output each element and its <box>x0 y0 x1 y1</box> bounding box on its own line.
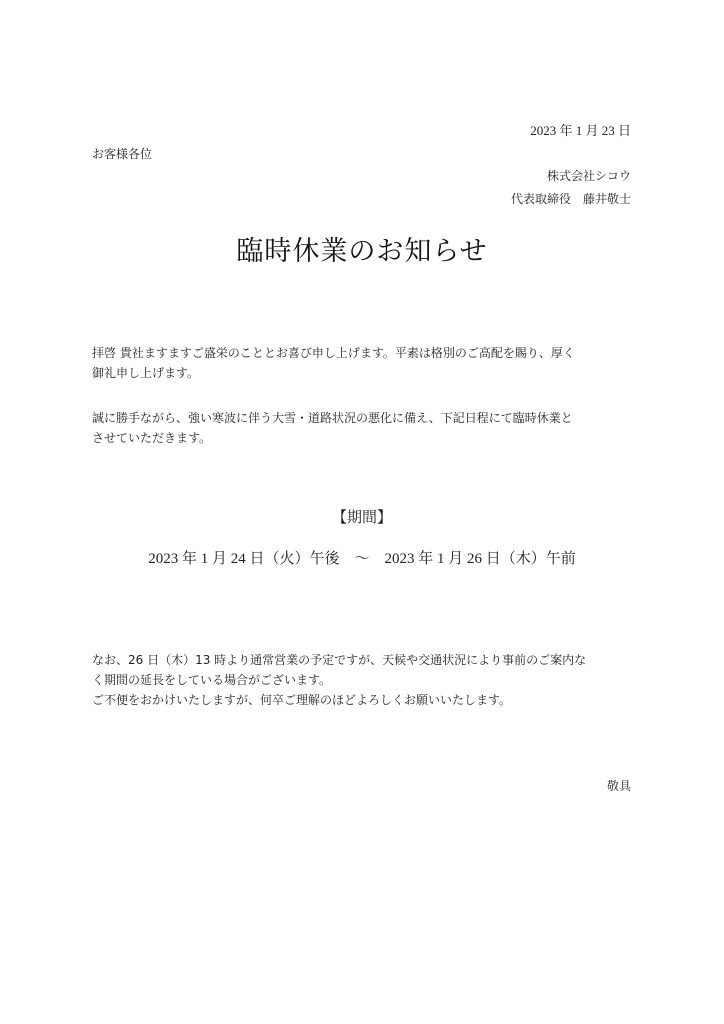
document-page: 2023 年 1 月 23 日 お客様各位 株式会社シコウ 代表取締役 藤井敬士… <box>0 0 724 1024</box>
period-start: 2023 年 1 月 24 日（火）午後 <box>148 551 339 567</box>
period-end: 2023 年 1 月 26 日（木）午前 <box>385 551 576 567</box>
document-title: 臨時休業のお知らせ <box>0 232 724 272</box>
notice-line-2: させていただきます。 <box>92 428 637 448</box>
period-label: 【期間】 <box>0 506 724 528</box>
greeting-paragraph: 拝啓 貴社ますますご盛栄のこととお喜び申し上げます。平素は格別のご高配を賜り、厚… <box>92 343 637 383</box>
period-separator: ～ <box>339 551 384 567</box>
sender-representative: 代表取締役 藤井敬士 <box>511 191 631 207</box>
sender-company: 株式会社シコウ <box>547 168 631 184</box>
closing-remark: 敬具 <box>607 778 631 794</box>
notice-paragraph: 誠に勝手ながら、強い寒波に伴う大雪・道路状況の悪化に備え、下記日程にて臨時休業と… <box>92 408 637 448</box>
notice-line-1: 誠に勝手ながら、強い寒波に伴う大雪・道路状況の悪化に備え、下記日程にて臨時休業と <box>92 408 637 428</box>
greeting-line-2: 御礼申し上げます。 <box>92 363 637 383</box>
note-line-3: ご不便をおかけいたしますが、何卒ご理解のほどよろしくお願いいたします。 <box>92 690 637 710</box>
document-date: 2023 年 1 月 23 日 <box>530 123 631 139</box>
note-line-1: なお、26 日（木）13 時より通常営業の予定ですが、天候や交通状況により事前の… <box>92 650 637 670</box>
recipient: お客様各位 <box>92 146 152 162</box>
note-paragraph: なお、26 日（木）13 時より通常営業の予定ですが、天候や交通状況により事前の… <box>92 650 637 710</box>
note-line-2: く期間の延長をしている場合がございます。 <box>92 670 637 690</box>
period-range: 2023 年 1 月 24 日（火）午後 ～ 2023 年 1 月 26 日（木… <box>0 548 724 570</box>
greeting-line-1: 拝啓 貴社ますますご盛栄のこととお喜び申し上げます。平素は格別のご高配を賜り、厚… <box>92 343 637 363</box>
